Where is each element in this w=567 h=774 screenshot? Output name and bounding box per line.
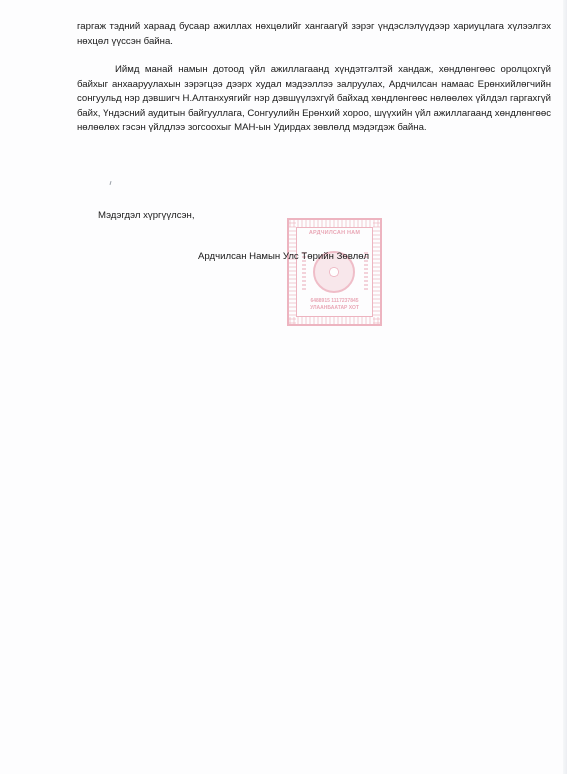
official-stamp: АРДЧИЛСАН НАМ 6488915 1117237845 УЛААНБА… — [287, 218, 382, 326]
closing-line: Мэдэгдэл хүргүүлсэн, — [98, 210, 195, 221]
stamp-city: УЛААНБААТАР ХОТ — [287, 305, 382, 311]
paragraph-2: Иймд манай намын дотоод үйл ажиллагаанд … — [77, 63, 551, 136]
signer-name: Ардчилсан Намын Улс Төрийн Зөвлөл — [198, 251, 369, 262]
page-edge — [563, 0, 567, 774]
stamp-registration-numbers: 6488915 1117237845 — [287, 298, 382, 304]
paragraph-1: гаргаж тэдний хараад бусаар ажиллах нөхц… — [77, 20, 551, 49]
stamp-title: АРДЧИЛСАН НАМ — [287, 230, 382, 236]
scan-mark — [109, 181, 111, 185]
